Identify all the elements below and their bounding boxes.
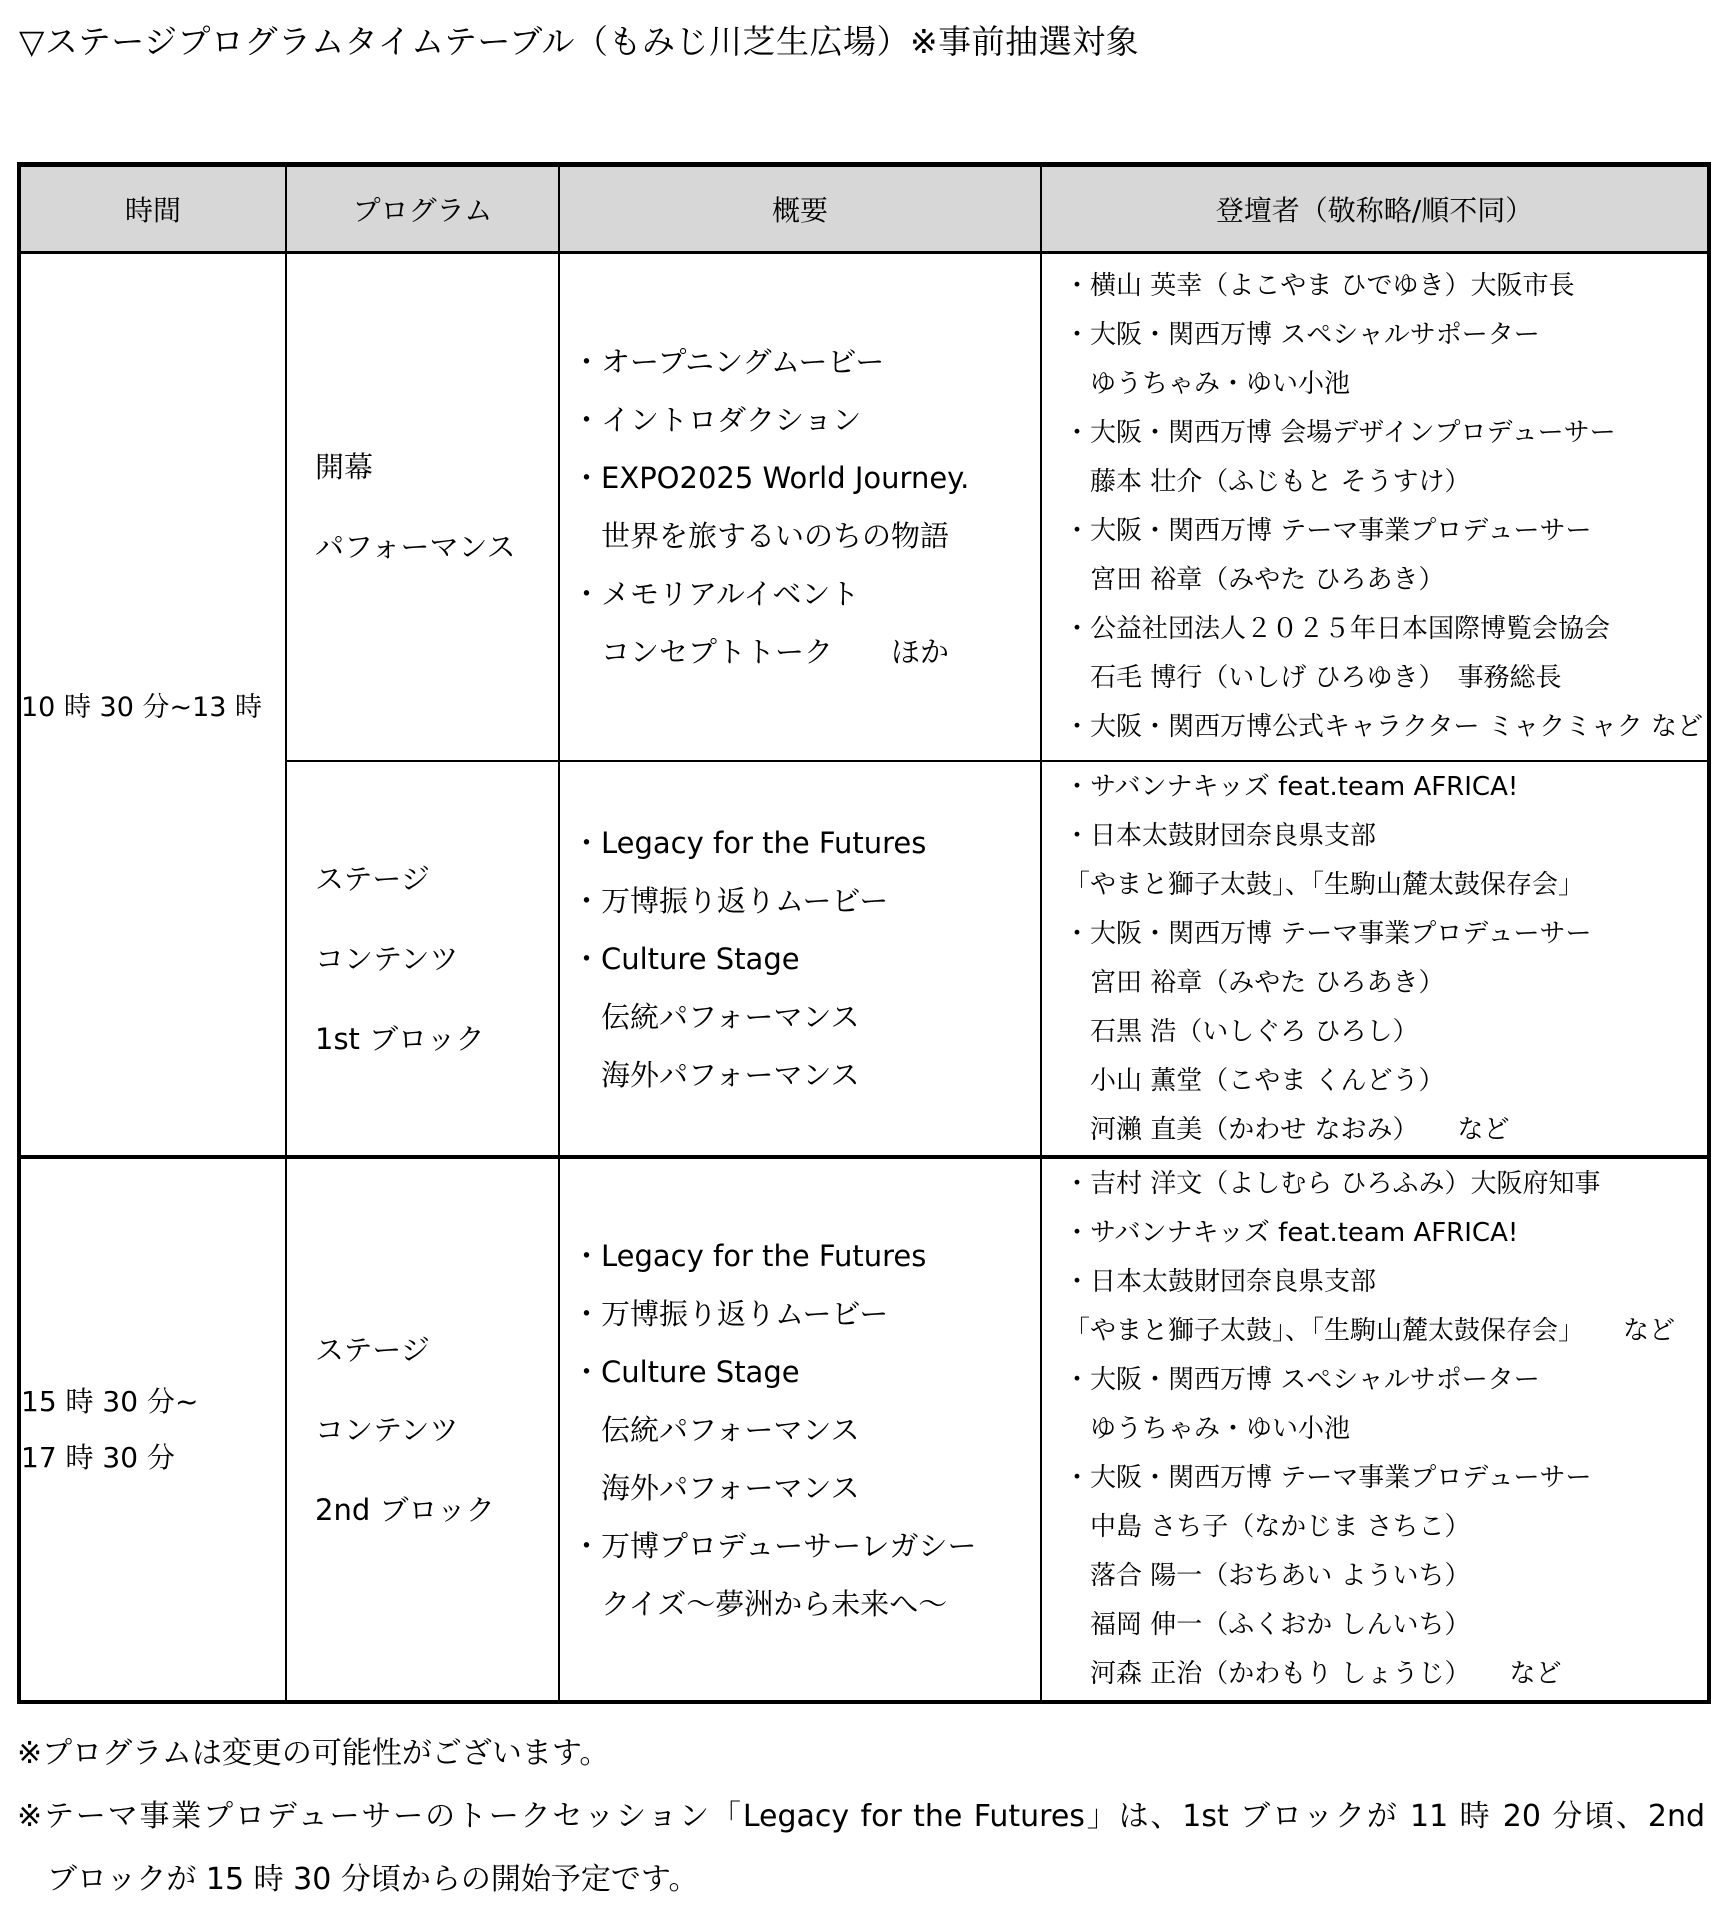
text-line: 落合 陽一（おちあい よういち） (1064, 1552, 1707, 1601)
text-line: 「やまと獅子太鼓」、「生駒山麓太鼓保存会」 など (1064, 1307, 1707, 1356)
text-line: 石毛 博行（いしげ ひろゆき） 事務総長 (1064, 654, 1707, 703)
text-line: 河瀨 直美（かわせ なおみ） など (1064, 1106, 1707, 1155)
speakers-opening-lines: ・横山 英幸（よこやま ひでゆき）大阪市長・大阪・関西万博 スペシャルサポーター… (1042, 262, 1707, 752)
text-line: 小山 薫堂（こやま くんどう） (1064, 1057, 1707, 1106)
note-talk-session-line2: ブロックが 15 時 30 分頃からの開始予定です。 (17, 1861, 1705, 1899)
document-page: ▽ステージプログラムタイムテーブル（もみじ川芝生広場）※事前抽選対象 時間 プロ… (0, 0, 1721, 1920)
column-header-time: 時間 (19, 165, 286, 253)
text-line: 中島 さち子（なかじま さちこ） (1064, 1503, 1707, 1552)
text-line: 伝統パフォーマンス (572, 988, 1040, 1046)
text-line: 伝統パフォーマンス (572, 1401, 1040, 1459)
text-line: ステージ (315, 839, 558, 919)
note-program-change: ※プログラムは変更の可能性がございます。 (17, 1735, 1705, 1773)
text-line: ・サバンナキッズ feat.team AFRICA! (1064, 763, 1707, 812)
text-line: コンテンツ (315, 919, 558, 999)
note-talk-session-line1: ※テーマ事業プロデューサーのトークセッション「Legacy for the Fu… (17, 1798, 1705, 1836)
text-line: 藤本 壮介（ふじもと そうすけ） (1064, 458, 1707, 507)
stage-program-timetable: 時間 プログラム 概要 登壇者（敬称略/順不同） 10 時 30 分~13 時 … (17, 162, 1711, 1704)
text-line: ・万博プロデューサーレガシー (572, 1517, 1040, 1575)
text-line: 2nd ブロック (315, 1470, 558, 1550)
text-line: 「やまと獅子太鼓」、「生駒山麓太鼓保存会」 (1064, 861, 1707, 910)
text-line: ・イントロダクション (572, 391, 1040, 449)
cell-program-opening: 開幕パフォーマンス (286, 253, 559, 762)
cell-speakers-opening: ・横山 英幸（よこやま ひでゆき）大阪市長・大阪・関西万博 スペシャルサポーター… (1041, 253, 1709, 762)
cell-program-stage1: ステージコンテンツ1st ブロック (286, 761, 559, 1157)
program-stage2-lines: ステージコンテンツ2nd ブロック (287, 1310, 558, 1550)
text-line: コンテンツ (315, 1390, 558, 1470)
footnotes: ※プログラムは変更の可能性がございます。 ※テーマ事業プロデューサーのトークセッ… (17, 1735, 1705, 1920)
text-line: クイズ～夢洲から未来へ～ (572, 1575, 1040, 1633)
overview-stage2-lines: ・Legacy for the Futures・万博振り返りムービー・Cultu… (560, 1227, 1040, 1633)
page-title: ▽ステージプログラムタイムテーブル（もみじ川芝生広場）※事前抽選対象 (19, 16, 1139, 63)
text-line: 宮田 裕章（みやた ひろあき） (1064, 959, 1707, 1008)
cell-overview-opening: ・オープニングムービー・イントロダクション・EXPO2025 World Jou… (559, 253, 1041, 762)
text-line: ・日本太鼓財団奈良県支部 (1064, 812, 1707, 861)
text-line: 宮田 裕章（みやた ひろあき） (1064, 556, 1707, 605)
text-line: ゆうちゃみ・ゆい小池 (1064, 360, 1707, 409)
text-line: ・公益社団法人２０２５年日本国際博覧会協会 (1064, 605, 1707, 654)
cell-program-stage2: ステージコンテンツ2nd ブロック (286, 1157, 559, 1702)
text-line: 河森 正治（かわもり しょうじ） など (1064, 1650, 1707, 1699)
text-line: 海外パフォーマンス (572, 1046, 1040, 1104)
text-line: コンセプトトーク ほか (572, 623, 1040, 681)
cell-overview-stage1: ・Legacy for the Futures・万博振り返りムービー・Cultu… (559, 761, 1041, 1157)
text-line: ・横山 英幸（よこやま ひでゆき）大阪市長 (1064, 262, 1707, 311)
overview-stage1-lines: ・Legacy for the Futures・万博振り返りムービー・Cultu… (560, 814, 1040, 1104)
column-header-program: プログラム (286, 165, 559, 253)
text-line: ・万博振り返りムービー (572, 1285, 1040, 1343)
speakers-stage2-lines: ・吉村 洋文（よしむら ひろふみ）大阪府知事・サバンナキッズ feat.team… (1042, 1160, 1707, 1699)
text-line: ・万博振り返りムービー (572, 872, 1040, 930)
text-line: ・Culture Stage (572, 1343, 1040, 1401)
text-line: ・Legacy for the Futures (572, 814, 1040, 872)
text-line: ・大阪・関西万博 会場デザインプロデューサー (1064, 409, 1707, 458)
text-line: 17 時 30 分 (21, 1430, 285, 1486)
text-line: ・大阪・関西万博 スペシャルサポーター (1064, 311, 1707, 360)
program-opening-lines: 開幕パフォーマンス (287, 427, 558, 587)
text-line: ・大阪・関西万博 テーマ事業プロデューサー (1064, 507, 1707, 556)
cell-speakers-stage1: ・サバンナキッズ feat.team AFRICA!・日本太鼓財団奈良県支部「や… (1041, 761, 1709, 1157)
text-line: 15 時 30 分~ (21, 1374, 285, 1430)
text-line: ゆうちゃみ・ゆい小池 (1064, 1405, 1707, 1454)
text-line: ・大阪・関西万博 テーマ事業プロデューサー (1064, 1454, 1707, 1503)
text-line: 石黒 浩（いしぐろ ひろし） (1064, 1008, 1707, 1057)
text-line: ・EXPO2025 World Journey. (572, 449, 1040, 507)
overview-opening-lines: ・オープニングムービー・イントロダクション・EXPO2025 World Jou… (560, 333, 1040, 681)
text-line: 1st ブロック (315, 999, 558, 1079)
program-stage1-lines: ステージコンテンツ1st ブロック (287, 839, 558, 1079)
cell-time-block2: 15 時 30 分~17 時 30 分 (19, 1157, 286, 1702)
row-stage-contents-2nd: 15 時 30 分~17 時 30 分 ステージコンテンツ2nd ブロック ・L… (19, 1157, 1709, 1702)
text-line: ・オープニングムービー (572, 333, 1040, 391)
text-line: 海外パフォーマンス (572, 1459, 1040, 1517)
column-header-overview: 概要 (559, 165, 1041, 253)
text-line: ・日本太鼓財団奈良県支部 (1064, 1258, 1707, 1307)
text-line: 開幕 (315, 427, 558, 507)
cell-time-block1: 10 時 30 分~13 時 (19, 253, 286, 1158)
text-line: ・大阪・関西万博 スペシャルサポーター (1064, 1356, 1707, 1405)
cell-overview-stage2: ・Legacy for the Futures・万博振り返りムービー・Cultu… (559, 1157, 1041, 1702)
text-line: ・Culture Stage (572, 930, 1040, 988)
text-line: ステージ (315, 1310, 558, 1390)
speakers-stage1-lines: ・サバンナキッズ feat.team AFRICA!・日本太鼓財団奈良県支部「や… (1042, 763, 1707, 1155)
text-line: ・大阪・関西万博 テーマ事業プロデューサー (1064, 910, 1707, 959)
text-line: ・メモリアルイベント (572, 565, 1040, 623)
text-line: 福岡 伸一（ふくおか しんいち） (1064, 1601, 1707, 1650)
text-line: 世界を旅するいのちの物語 (572, 507, 1040, 565)
text-line: ・吉村 洋文（よしむら ひろふみ）大阪府知事 (1064, 1160, 1707, 1209)
row-opening-performance: 10 時 30 分~13 時 開幕パフォーマンス ・オープニングムービー・イント… (19, 253, 1709, 762)
text-line: パフォーマンス (315, 507, 558, 587)
column-header-speakers: 登壇者（敬称略/順不同） (1041, 165, 1709, 253)
text-line: ・Legacy for the Futures (572, 1227, 1040, 1285)
text-line: ・サバンナキッズ feat.team AFRICA! (1064, 1209, 1707, 1258)
header-row: 時間 プログラム 概要 登壇者（敬称略/順不同） (19, 165, 1709, 253)
time-block2-lines: 15 時 30 分~17 時 30 分 (21, 1374, 285, 1486)
cell-speakers-stage2: ・吉村 洋文（よしむら ひろふみ）大阪府知事・サバンナキッズ feat.team… (1041, 1157, 1709, 1702)
text-line: ・大阪・関西万博公式キャラクター ミャクミャク など (1064, 703, 1707, 752)
